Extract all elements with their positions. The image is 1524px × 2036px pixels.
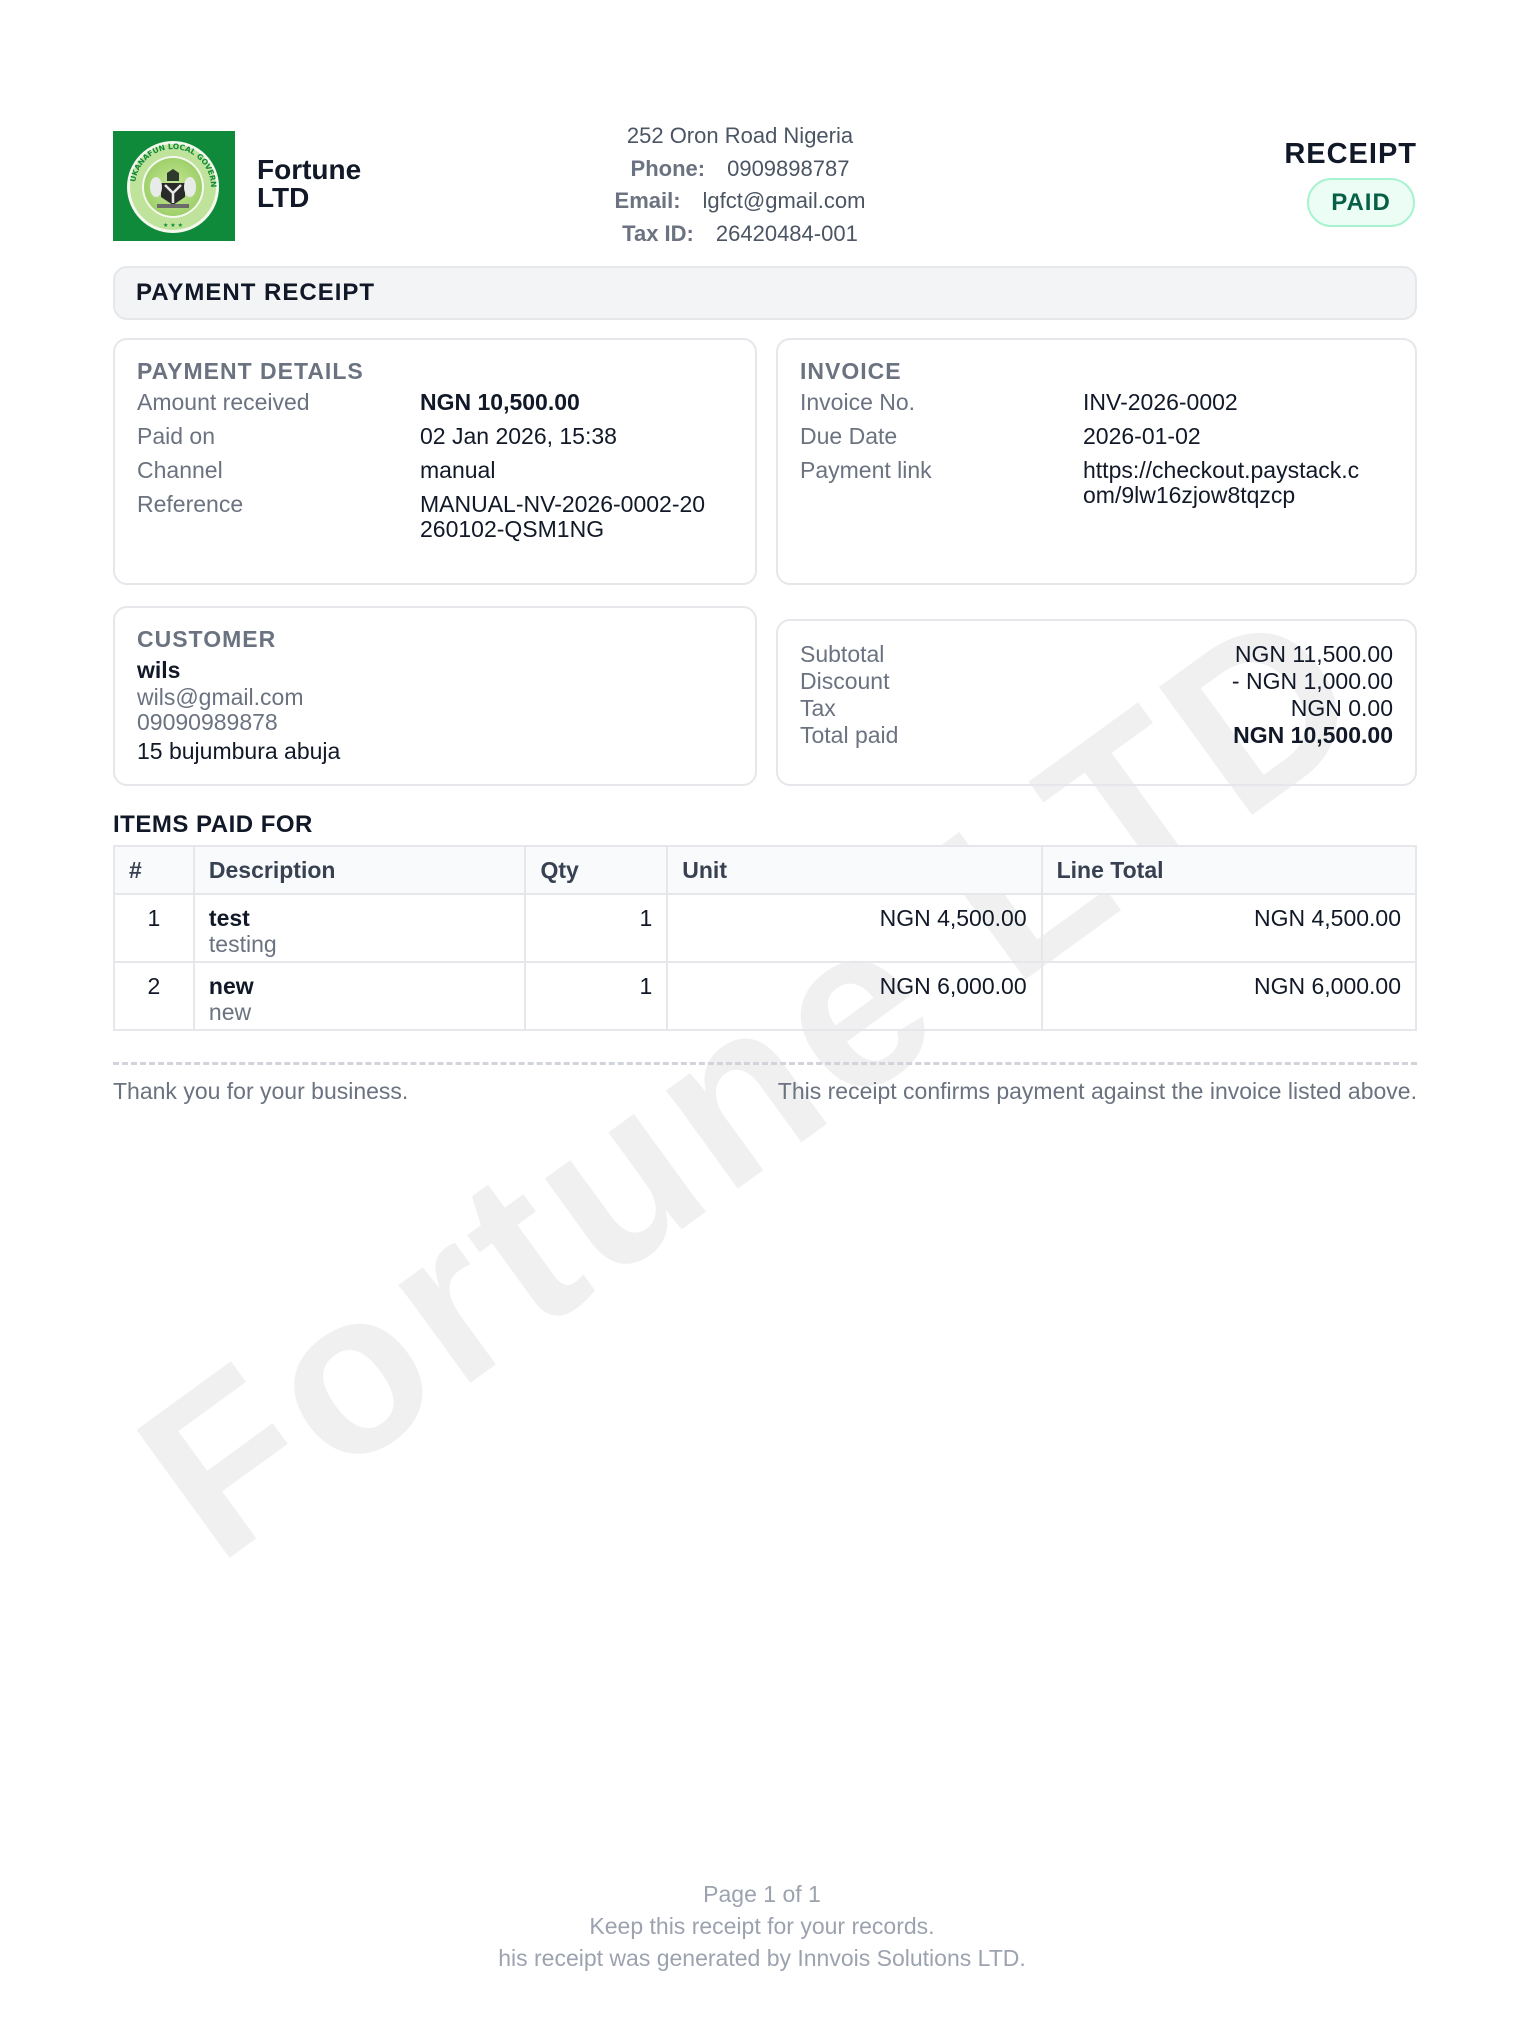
seal-icon: ★ ★ ★ UKANAFUN LOCAL GOVERNMENT [113,131,235,241]
tax-label: Tax ID: [622,221,694,246]
invoice-label: Payment link [800,453,1083,508]
totals-row: Total paidNGN 10,500.00 [800,722,1393,749]
totals-card: SubtotalNGN 11,500.00 Discount- NGN 1,00… [776,619,1417,786]
invoice-card: INVOICE Invoice No.INV-2026-0002 Due Dat… [776,338,1417,585]
tax-label: Tax [800,695,836,722]
invoice-row: Payment linkhttps://checkout.paystack.co… [800,453,1393,508]
page-number: Page 1 of 1 [0,1878,1524,1910]
item-unit: NGN 4,500.00 [667,894,1041,962]
customer-title: CUSTOMER [137,625,733,653]
table-header-row: # Description Qty Unit Line Total [114,846,1416,894]
detail-label: Channel [137,453,420,487]
tax-value: NGN 0.00 [1291,695,1393,722]
detail-row: ReferenceMANUAL-NV-2026-0002-20260102-QS… [137,487,733,542]
item-qty: 1 [525,962,667,1030]
discount-value: - NGN 1,000.00 [1232,668,1393,695]
company-name-line1: Fortune [257,156,361,184]
detail-label: Amount received [137,385,420,419]
subtotal-value: NGN 11,500.00 [1235,641,1393,668]
total-paid-value: NGN 10,500.00 [1233,722,1393,749]
item-number: 2 [114,962,194,1030]
company-name: Fortune LTD [257,156,361,212]
totals-row: TaxNGN 0.00 [800,695,1393,722]
document-title: RECEIPT [1284,138,1417,171]
detail-row: Paid on02 Jan 2026, 15:38 [137,419,733,453]
table-row: 1 test testing 1 NGN 4,500.00 NGN 4,500.… [114,894,1416,962]
dashed-divider [113,1062,1417,1065]
item-number: 1 [114,894,194,962]
tax-value: 26420484-001 [716,221,858,246]
company-name-line2: LTD [257,184,361,212]
payment-details-title: PAYMENT DETAILS [137,357,733,385]
totals-row: Discount- NGN 1,000.00 [800,668,1393,695]
invoice-row: Due Date2026-01-02 [800,419,1393,453]
item-description: test testing [194,894,526,962]
company-tax-id: Tax ID:26420484-001 [560,218,920,251]
item-line-total: NGN 6,000.00 [1042,962,1416,1030]
column-header: Qty [525,846,667,894]
column-header: Unit [667,846,1041,894]
customer-address: 15 bujumbura abuja [137,735,733,767]
paid-on-value: 02 Jan 2026, 15:38 [420,419,617,453]
due-date-value: 2026-01-02 [1083,419,1201,453]
invoice-label: Due Date [800,419,1083,453]
item-unit: NGN 6,000.00 [667,962,1041,1030]
page-title: PAYMENT RECEIPT [113,266,1417,320]
items-table: # Description Qty Unit Line Total 1 test… [113,845,1417,1031]
customer-name: wils [137,655,733,685]
table-row: 2 new new 1 NGN 6,000.00 NGN 6,000.00 [114,962,1416,1030]
customer-card: CUSTOMER wils wils@gmail.com 09090989878… [113,606,757,786]
invoice-title: INVOICE [800,357,1393,385]
discount-label: Discount [800,668,889,695]
confirmation-note: This receipt confirms payment against th… [778,1078,1417,1105]
item-name: test [209,905,511,931]
total-paid-label: Total paid [800,722,898,749]
company-logo: ★ ★ ★ UKANAFUN LOCAL GOVERNMENT [113,131,235,241]
invoice-row: Invoice No.INV-2026-0002 [800,385,1393,419]
detail-row: Channelmanual [137,453,733,487]
item-description: new new [194,962,526,1030]
phone-value: 0909898787 [727,156,849,181]
keep-receipt-note: Keep this receipt for your records. [0,1910,1524,1942]
item-line-total: NGN 4,500.00 [1042,894,1416,962]
payment-link[interactable]: https://checkout.paystack.com/9lw16zjow8… [1083,453,1363,508]
item-subtext: new [209,999,511,1025]
detail-label: Reference [137,487,420,542]
company-contact: 252 Oron Road Nigeria Phone:0909898787 E… [560,120,920,250]
email-value: lgfct@gmail.com [703,188,866,213]
page-footer: Page 1 of 1 Keep this receipt for your r… [0,1878,1524,1974]
column-header: Line Total [1042,846,1416,894]
email-label: Email: [615,188,681,213]
amount-received-value: NGN 10,500.00 [420,385,580,419]
items-title: ITEMS PAID FOR [113,811,313,839]
company-address: 252 Oron Road Nigeria [560,120,920,153]
column-header: Description [194,846,526,894]
channel-value: manual [420,453,495,487]
company-email: Email:lgfct@gmail.com [560,185,920,218]
svg-text:★ ★ ★: ★ ★ ★ [163,222,183,229]
generated-by-note: his receipt was generated by Innvois Sol… [0,1942,1524,1974]
company-phone: Phone:0909898787 [560,153,920,186]
invoice-number-value: INV-2026-0002 [1083,385,1238,419]
invoice-label: Invoice No. [800,385,1083,419]
totals-row: SubtotalNGN 11,500.00 [800,641,1393,668]
detail-row: Amount receivedNGN 10,500.00 [137,385,733,419]
reference-value: MANUAL-NV-2026-0002-20260102-QSM1NG [420,487,710,542]
subtotal-label: Subtotal [800,641,884,668]
customer-email: wils@gmail.com [137,685,733,710]
column-header: # [114,846,194,894]
thank-you-note: Thank you for your business. [113,1078,408,1105]
payment-details-card: PAYMENT DETAILS Amount receivedNGN 10,50… [113,338,757,585]
detail-label: Paid on [137,419,420,453]
phone-label: Phone: [631,156,706,181]
item-subtext: testing [209,931,511,957]
customer-phone: 09090989878 [137,710,733,735]
item-qty: 1 [525,894,667,962]
status-badge: PAID [1307,178,1415,227]
item-name: new [209,973,511,999]
